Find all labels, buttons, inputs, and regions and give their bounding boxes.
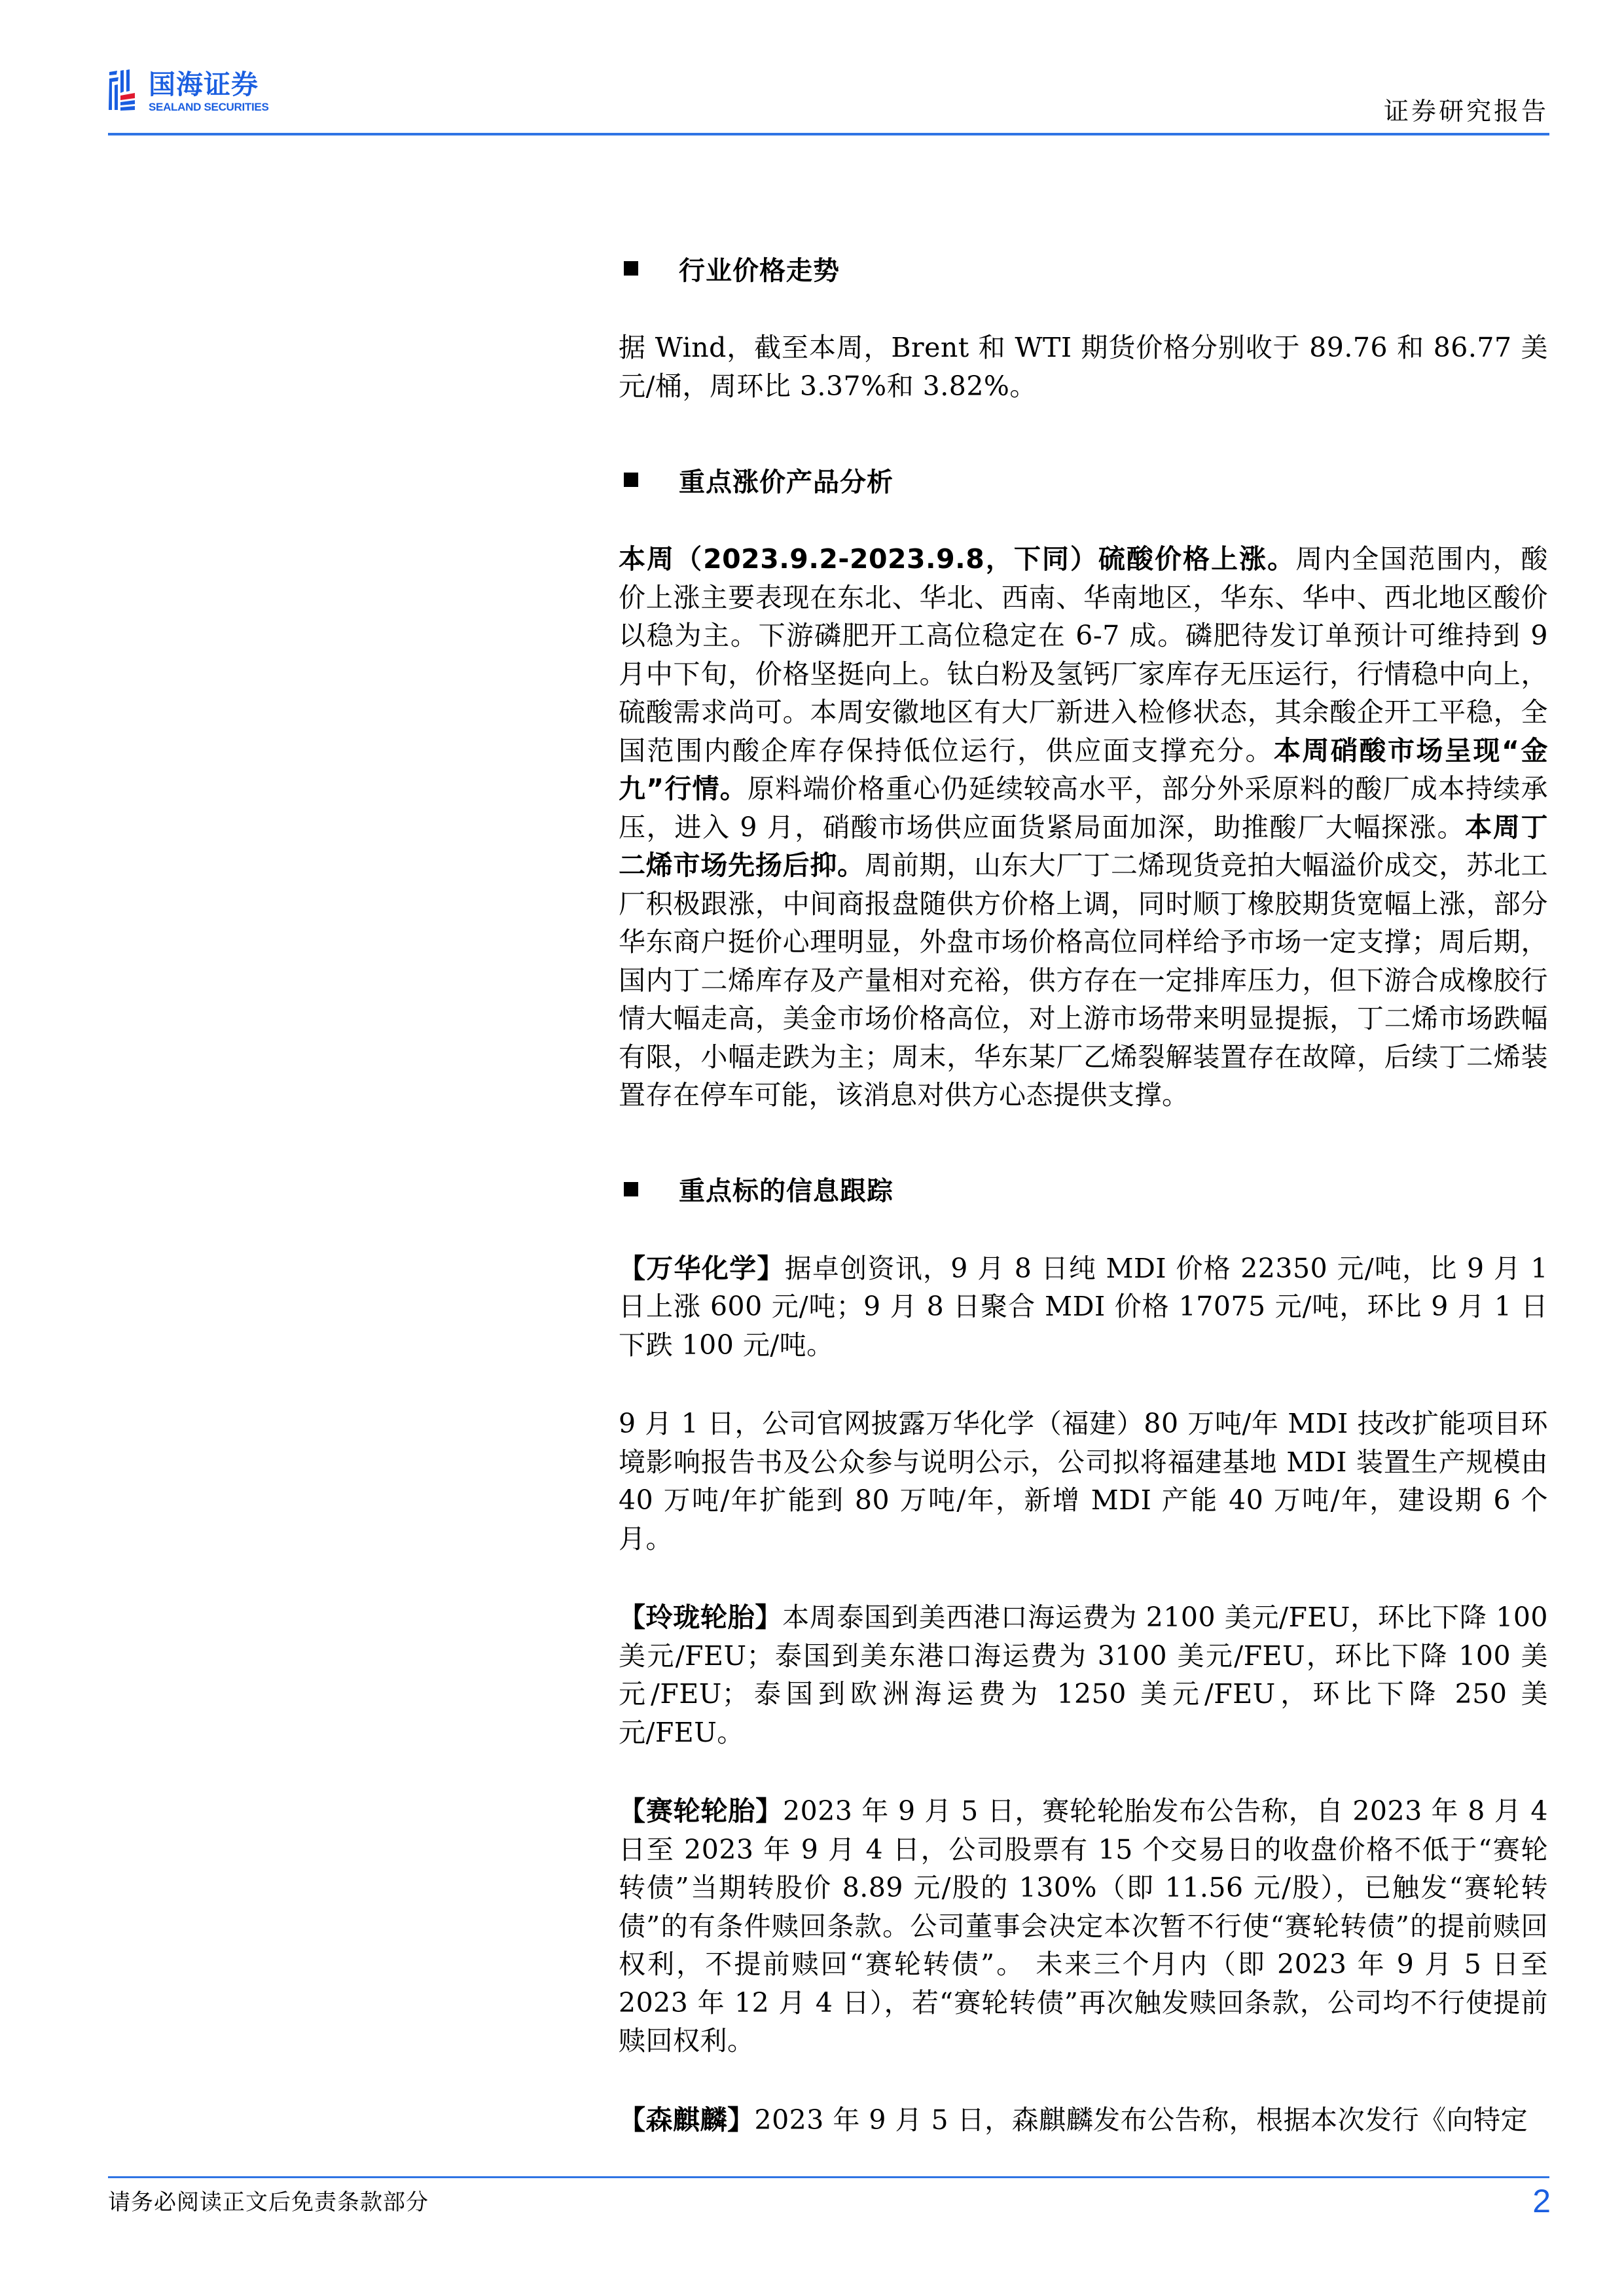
text-butadiene: 周前期，山东大厂丁二烯现货竞拍大幅溢价成交，苏北工厂积极跟涨，中间商报盘随供方价… bbox=[619, 850, 1548, 1111]
company-tag: 【森麒麟】 bbox=[619, 2104, 755, 2136]
section-heading-price-rise-analysis: 重点涨价产品分析 bbox=[619, 460, 1548, 499]
paragraph-text: 2023 年 9 月 5 日，森麒麟发布公告称，根据本次发行《向特定 bbox=[755, 2104, 1528, 2136]
logo-english-name: SEALAND SECURITIES bbox=[149, 101, 269, 114]
company-tag: 【赛轮轮胎】 bbox=[619, 1795, 783, 1827]
paragraph-sailun-tire: 【赛轮轮胎】2023 年 9 月 5 日，赛轮轮胎发布公告称，自 2023 年 … bbox=[619, 1792, 1548, 2060]
square-bullet-icon bbox=[624, 473, 638, 487]
paragraph-text: 9 月 1 日，公司官网披露万华化学（福建）80 万吨/年 MDI 技改扩能项目… bbox=[619, 1408, 1548, 1554]
company-tag: 【玲珑轮胎】 bbox=[619, 1602, 782, 1633]
company-tag: 【万华化学】 bbox=[619, 1253, 785, 1284]
text-nitric-acid: 原料端价格重心仍延续较高水平，部分外采原料的酸厂成本持续承压，进入 9 月，硝酸… bbox=[619, 773, 1548, 843]
report-body: 行业价格走势 据 Wind，截至本周，Brent 和 WTI 期货价格分别收于 … bbox=[619, 249, 1548, 2139]
paragraph-wanhua-expansion: 9 月 1 日，公司官网披露万华化学（福建）80 万吨/年 MDI 技改扩能项目… bbox=[619, 1405, 1548, 1558]
square-bullet-icon bbox=[624, 1182, 638, 1196]
paragraph-senqilin: 【森麒麟】2023 年 9 月 5 日，森麒麟发布公告称，根据本次发行《向特定 bbox=[619, 2101, 1548, 2140]
square-bullet-icon bbox=[624, 261, 638, 276]
section-title: 行业价格走势 bbox=[679, 250, 840, 287]
page-number: 2 bbox=[1532, 2183, 1551, 2219]
footer-divider bbox=[108, 2176, 1549, 2178]
paragraph-oil-price: 据 Wind，截至本周，Brent 和 WTI 期货价格分别收于 89.76 和… bbox=[619, 329, 1548, 405]
paragraph-wanhua-mdi-price: 【万华化学】据卓创资讯，9 月 8 日纯 MDI 价格 22350 元/吨，比 … bbox=[619, 1249, 1548, 1365]
document-type-label: 证券研究报告 bbox=[1384, 97, 1549, 126]
section-title: 重点涨价产品分析 bbox=[679, 461, 893, 499]
paragraph-text: 2023 年 9 月 5 日，赛轮轮胎发布公告称，自 2023 年 8 月 4 … bbox=[619, 1795, 1548, 2056]
disclaimer-note: 请务必阅读正文后免责条款部分 bbox=[108, 2189, 429, 2215]
section-title: 重点标的信息跟踪 bbox=[679, 1170, 893, 1208]
paragraph-product-analysis: 本周（2023.9.2-2023.9.8，下同）硫酸价格上涨。周内全国范围内，酸… bbox=[619, 540, 1548, 1115]
company-logo: 国海证券 SEALAND SECURITIES bbox=[108, 69, 269, 114]
highlight-sulfuric-acid: 本周（2023.9.2-2023.9.8，下同）硫酸价格上涨。 bbox=[619, 543, 1295, 575]
text-sulfuric-acid: 周内全国范围内，酸价上涨主要表现在东北、华北、西南、华南地区，华东、华中、西北地… bbox=[619, 543, 1548, 766]
header-divider bbox=[108, 133, 1549, 135]
paragraph-linglong-tire: 【玲珑轮胎】本周泰国到美西港口海运费为 2100 美元/FEU，环比下降 100… bbox=[619, 1598, 1548, 1751]
section-heading-price-trend: 行业价格走势 bbox=[619, 249, 1548, 288]
section-heading-key-stocks: 重点标的信息跟踪 bbox=[619, 1170, 1548, 1209]
sealand-logo-icon bbox=[108, 69, 135, 111]
logo-chinese-name: 国海证券 bbox=[149, 69, 269, 99]
